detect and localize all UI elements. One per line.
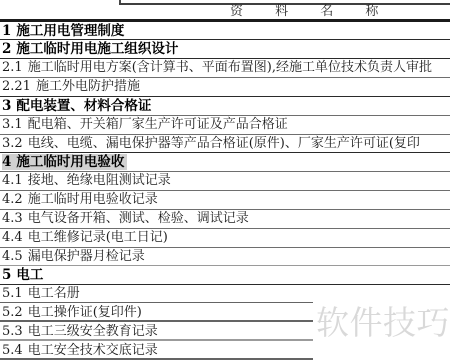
row-title: 接地、绝缘电阻测试记录 [28, 173, 171, 188]
table-row-3-2: 3.2电线、电缆、漏电保护器等产品合格证(原件)、厂家生产许可证(复印 [0, 135, 450, 154]
row-number: 5.1 [2, 286, 23, 301]
watermark-text: 软件技巧 [316, 303, 450, 345]
short-row-border [0, 358, 313, 360]
row-number: 3.1 [2, 117, 23, 132]
row-title: 配电装置、材料合格证 [16, 98, 151, 114]
row-title: 施工临时用电施工组织设计 [16, 41, 178, 57]
row-number: 5.2 [2, 305, 23, 320]
row-number: 2.1 [2, 60, 23, 75]
table-row-5-1: 5.1电工名册 [0, 285, 450, 304]
row-title: 电工安全技术交底记录 [28, 343, 158, 358]
table-row-1: 1施工用电管理制度 [0, 22, 450, 41]
table-row-4-1: 4.1接地、绝缘电阻测试记录 [0, 172, 450, 191]
row-title: 电工维修记录(电工日记) [28, 230, 168, 245]
table-header-row: 资 料 名 称 [0, 4, 450, 20]
row-title: 电线、电缆、漏电保护器等产品合格证(原件)、厂家生产许可证(复印 [28, 136, 420, 151]
table-header-title: 资 料 名 称 [230, 4, 378, 19]
short-row-border [0, 320, 313, 322]
row-title: 施工临时用电验收 [16, 154, 124, 170]
row-number: 4.5 [2, 249, 23, 264]
row-title: 施工外电防护措施 [36, 79, 140, 94]
row-title: 漏电保护器月检记录 [28, 249, 145, 264]
row-number: 4.1 [2, 173, 23, 188]
row-title: 电工三级安全教育记录 [28, 324, 158, 339]
document-page: 资 料 名 称 1施工用电管理制度 2施工临时用电施工组织设计 2.1施工临时用… [0, 0, 450, 364]
row-number: 4.2 [2, 192, 23, 207]
row-title: 电工名册 [28, 286, 80, 301]
row-title: 电气设备开箱、测试、检验、调试记录 [28, 211, 249, 226]
row-number: 4.3 [2, 211, 23, 226]
row-title: 施工临时用电验收记录 [28, 192, 158, 207]
short-row-border [0, 302, 313, 304]
table-row-3-1: 3.1配电箱、开关箱厂家生产许可证及产品合格证 [0, 116, 450, 135]
table-row-5: 5电工 [0, 266, 450, 285]
row-number: 4.4 [2, 230, 23, 245]
row-title: 电工操作证(复印件) [28, 305, 142, 320]
row-number: 1 [2, 23, 11, 39]
row-number: 3.2 [2, 136, 23, 151]
table-row-4-4: 4.4电工维修记录(电工日记) [0, 229, 450, 248]
row-number: 3 [2, 98, 11, 114]
row-title: 施工用电管理制度 [16, 23, 124, 39]
table-row-4: 4施工临时用电验收 [0, 153, 450, 172]
row-number: 5.4 [2, 343, 23, 358]
text-selection-highlight: 4施工临时用电验收 [2, 154, 127, 170]
table-row-3: 3配电装置、材料合格证 [0, 97, 450, 116]
row-number: 5.3 [2, 324, 23, 339]
table-row-2-1: 2.1施工临时用电方案(含计算书、平面布置图),经施工单位技术负责人审批 [0, 59, 450, 78]
row-number: 5 [2, 267, 11, 283]
row-title: 电工 [16, 267, 43, 283]
row-number: 2.21 [2, 79, 31, 94]
row-number: 2 [2, 41, 11, 57]
short-row-border [0, 339, 313, 341]
table-row-2-21: 2.21施工外电防护措施 [0, 78, 450, 97]
row-number: 4 [2, 154, 11, 170]
row-title: 配电箱、开关箱厂家生产许可证及产品合格证 [28, 117, 288, 132]
row-title: 施工临时用电方案(含计算书、平面布置图),经施工单位技术负责人审批 [28, 60, 432, 75]
table-row-4-5: 4.5漏电保护器月检记录 [0, 248, 450, 267]
table-row-2: 2施工临时用电施工组织设计 [0, 40, 450, 59]
table-row-4-2: 4.2施工临时用电验收记录 [0, 191, 450, 210]
table-row-4-3: 4.3电气设备开箱、测试、检验、调试记录 [0, 210, 450, 229]
